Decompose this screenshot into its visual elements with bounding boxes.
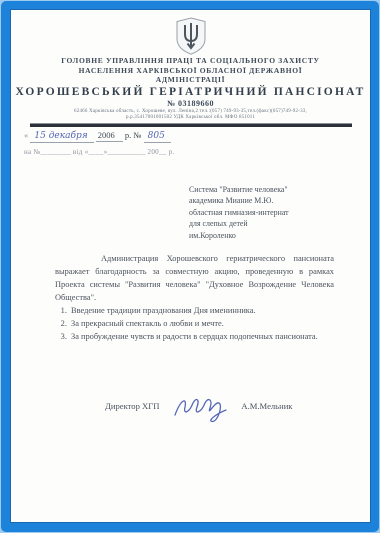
number-label: р. № [125, 130, 142, 140]
handwritten-number: 805 [144, 131, 171, 143]
address-line: р.р.35417001001502 УДК Харківської обл. … [11, 115, 370, 121]
signer-position: Директор ХГП [105, 401, 159, 411]
ukraine-trident-icon [175, 17, 207, 55]
org-name: ГОЛОВНЕ УПРАВЛІННЯ ПРАЦІ ТА СОЦІАЛЬНОГО … [11, 56, 370, 85]
addressee-block: Система "Развитие человека" академика Ми… [189, 184, 289, 241]
registration-number: № 03189660 [11, 99, 370, 108]
letter-paper: ГОЛОВНЕ УПРАВЛІННЯ ПРАЦІ ТА СОЦІАЛЬНОГО … [11, 10, 370, 522]
addressee-line: для слепых детей [189, 218, 289, 229]
gratitude-list: Введение традиции празднования Дня имени… [55, 304, 334, 343]
scan-blue-frame: ГОЛОВНЕ УПРАВЛІННЯ ПРАЦІ ТА СОЦІАЛЬНОГО … [1, 1, 379, 532]
org-name-line: НАСЕЛЕННЯ ХАРКІВСЬКОЇ ОБЛАСНОЇ ДЕРЖАВНОЇ [11, 66, 370, 76]
letter-body-paragraph: Администрация Хорошевского гериатрическо… [55, 252, 334, 304]
open-quote: « [24, 130, 28, 140]
list-item: За прекрасный спектакль о любви и мечте. [69, 317, 334, 330]
list-item: За пробуждение чувств и радости в сердца… [69, 330, 334, 343]
addressee-line: Система "Развитие человека" [189, 184, 289, 195]
signature-row: Директор ХГП А.М.Мельник [105, 389, 292, 423]
addressee-line: областная гимназия-интернат [189, 207, 289, 218]
address-block: 62466 Харківська область, с. Хорошеве, в… [11, 109, 370, 121]
reply-reference-line: на №________ від «____»__________ 200__ … [24, 148, 174, 156]
addressee-line: академика Миание М.Ю. [189, 195, 289, 206]
org-name-line: АДМІНІСТРАЦІЇ [11, 75, 370, 85]
org-name-line: ГОЛОВНЕ УПРАВЛІННЯ ПРАЦІ ТА СОЦІАЛЬНОГО … [11, 56, 370, 66]
date-number-line: « 15 декабря 2006 р. № 805 [24, 130, 171, 141]
institution-title: ХОРОШЕВСЬКИЙ ГЕРІАТРИЧНИЙ ПАНСІОНАТ [11, 86, 370, 98]
signature-autograph-icon [173, 393, 233, 423]
header-divider [30, 123, 352, 127]
printed-year: 2006 [96, 130, 123, 142]
addressee-line: им.Короленко [189, 230, 289, 241]
list-item: Введение традиции празднования Дня имени… [69, 304, 334, 317]
handwritten-date: 15 декабря [30, 131, 93, 143]
signer-name: А.М.Мельник [241, 401, 292, 411]
